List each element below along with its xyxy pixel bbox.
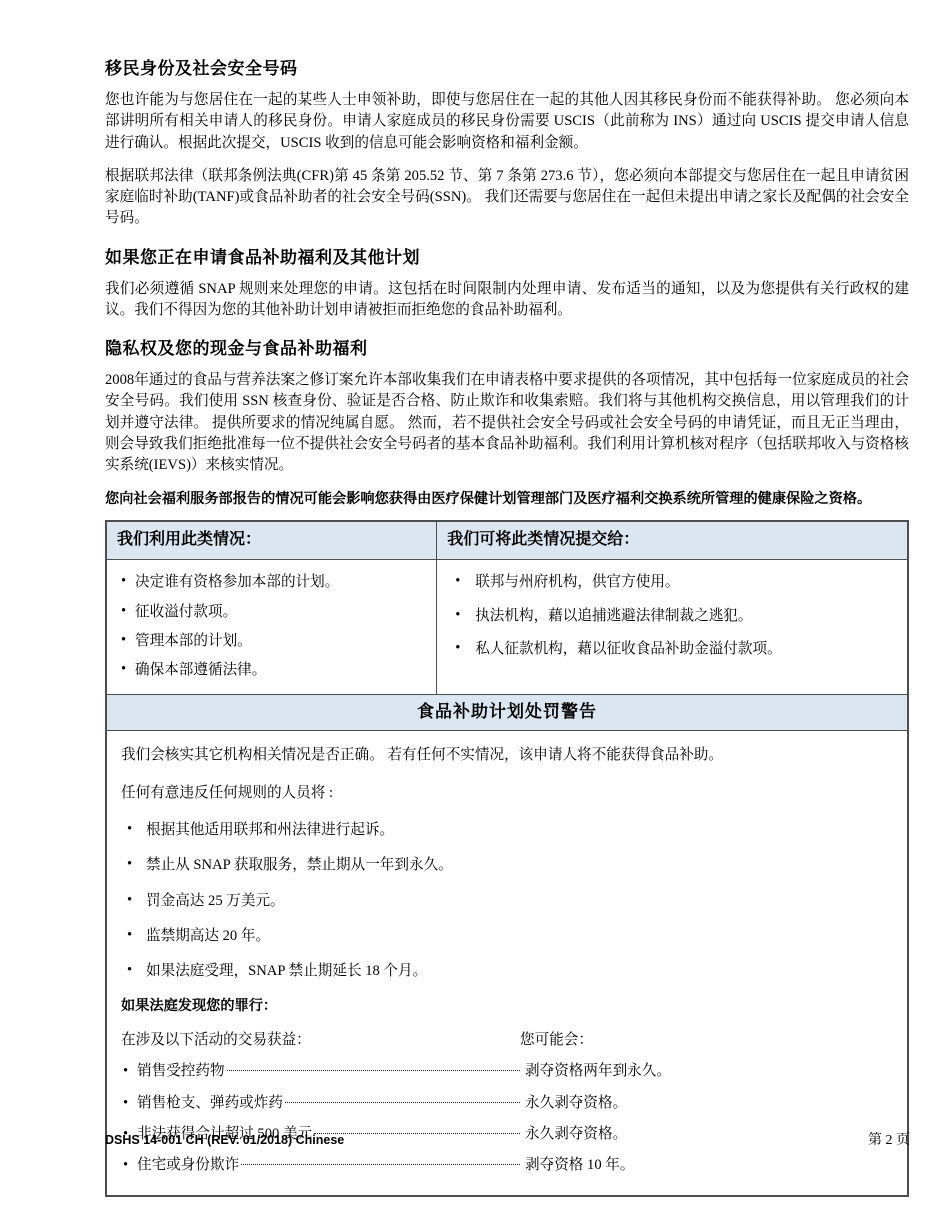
paragraph: 2008年通过的食品与营养法案之修订案允许本部收集我们在申请表格中要求提供的各项… — [105, 370, 909, 476]
penalty-label: 剥夺资格 10 年。 — [520, 1155, 634, 1176]
dot-leader — [285, 1102, 520, 1103]
table-body-row: 决定谁有资格参加本部的计划。 征收溢付款项。 管理本部的计划。 确保本部遵循法律… — [107, 560, 907, 693]
table-cell-share: 联邦与州府机构，供官方使用。 执法机构，藉以追捕逃避法律制裁之逃犯。 私人征款机… — [437, 560, 907, 693]
paragraph: 根据联邦法律（联邦条例法典(CFR)第 45 条第 205.52 节、第 7 条… — [105, 166, 909, 230]
penalty-column-headers: 在涉及以下活动的交易获益： 您可能会： — [121, 1030, 893, 1051]
share-list: 联邦与州府机构，供官方使用。 执法机构，藉以追捕逃避法律制裁之逃犯。 私人征款机… — [447, 572, 897, 660]
table-header-share: 我们可将此类情况提交给： — [437, 522, 907, 559]
info-use-table: 我们利用此类情况： 我们可将此类情况提交给： 决定谁有资格参加本部的计划。 征收… — [105, 520, 909, 1197]
guilty-lead: 如果法庭发现您的罪行： — [121, 996, 893, 1017]
list-item: 禁止从 SNAP 获取服务，禁止期从一年到永久。 — [121, 855, 893, 876]
offense-label: 住宅或身份欺诈 — [137, 1155, 241, 1176]
list-item: 监禁期高达 20 年。 — [121, 926, 893, 947]
bullet-marker: • — [121, 1093, 137, 1114]
dot-leader — [227, 1070, 520, 1071]
bullet-marker: • — [121, 1155, 137, 1176]
paragraph: 您也许能为与您居住在一起的某些人士申领补助，即使与您居住在一起的其他人因其移民身… — [105, 90, 909, 154]
use-list: 决定谁有资格参加本部的计划。 征收溢付款项。 管理本部的计划。 确保本部遵循法律… — [117, 572, 426, 681]
penalty-warning-header: 食品补助计划处罚警告 — [107, 694, 907, 732]
document-page: 移民身份及社会安全号码 您也许能为与您居住在一起的某些人士申领补助，即使与您居住… — [0, 0, 950, 1230]
list-item: 征收溢付款项。 — [117, 602, 426, 623]
page-footer: DSHS 14-001 CH (REV. 01/2018) Chinese 第 … — [105, 1131, 910, 1151]
list-item: 决定谁有资格参加本部的计划。 — [117, 572, 426, 593]
list-item: 执法机构，藉以追捕逃避法律制裁之逃犯。 — [447, 606, 897, 627]
penalty-label: 剥夺资格两年到永久。 — [520, 1061, 671, 1082]
penalty-row: • 销售枪支、弹药或炸药 永久剥夺资格。 — [121, 1093, 893, 1114]
table-header-use: 我们利用此类情况： — [107, 522, 437, 559]
penalty-warning-body: 我们会核实其它机构相关情况是否正确。 若有任何不实情况，该申请人将不能获得食品补… — [107, 731, 907, 1194]
warning-bullet-list: 根据其他适用联邦和州法律进行起诉。 禁止从 SNAP 获取服务，禁止期从一年到永… — [121, 820, 893, 982]
warning-intro: 我们会核实其它机构相关情况是否正确。 若有任何不实情况，该申请人将不能获得食品补… — [121, 745, 893, 766]
section-heading-privacy: 隐私权及您的现金与食品补助福利 — [105, 338, 909, 361]
offense-label: 销售受控药物 — [137, 1061, 227, 1082]
list-item: 联邦与州府机构，供官方使用。 — [447, 572, 897, 593]
section-heading-food-assistance: 如果您正在申请食品补助福利及其他计划 — [105, 247, 909, 270]
page-content: 移民身份及社会安全号码 您也许能为与您居住在一起的某些人士申领补助，即使与您居住… — [105, 58, 909, 1197]
offense-label: 销售枪支、弹药或炸药 — [137, 1093, 285, 1114]
table-header-row: 我们利用此类情况： 我们可将此类情况提交给： — [107, 522, 907, 560]
penalty-row: • 住宅或身份欺诈 剥夺资格 10 年。 — [121, 1155, 893, 1176]
result-column-header: 您可能会： — [520, 1030, 593, 1051]
warning-violators-lead: 任何有意违反任何规则的人员将 : — [121, 783, 893, 804]
list-item: 管理本部的计划。 — [117, 631, 426, 652]
list-item: 如果法庭受理，SNAP 禁止期延长 18 个月。 — [121, 961, 893, 982]
bullet-marker: • — [121, 1061, 137, 1082]
page-number: 第 2 页 — [868, 1131, 910, 1151]
offense-column-header: 在涉及以下活动的交易获益： — [121, 1030, 520, 1051]
list-item: 确保本部遵循法律。 — [117, 660, 426, 681]
table-cell-use: 决定谁有资格参加本部的计划。 征收溢付款项。 管理本部的计划。 确保本部遵循法律… — [107, 560, 437, 693]
list-item: 私人征款机构，藉以征收食品补助金溢付款项。 — [447, 639, 897, 660]
penalty-row: • 销售受控药物 剥夺资格两年到永久。 — [121, 1061, 893, 1082]
list-item: 罚金高达 25 万美元。 — [121, 891, 893, 912]
form-number: DSHS 14-001 CH (REV. 01/2018) Chinese — [105, 1131, 344, 1149]
dot-leader — [241, 1164, 520, 1165]
privacy-bold-note: 您向社会福利服务部报告的情况可能会影响您获得由医疗保健计划管理部门及医疗福利交换… — [105, 489, 909, 510]
paragraph: 我们必须遵循 SNAP 规则来处理您的申请。这包括在时间限制内处理申请、发布适当… — [105, 279, 909, 322]
list-item: 根据其他适用联邦和州法律进行起诉。 — [121, 820, 893, 841]
penalty-label: 永久剥夺资格。 — [520, 1093, 627, 1114]
section-heading-immigration: 移民身份及社会安全号码 — [105, 58, 909, 81]
